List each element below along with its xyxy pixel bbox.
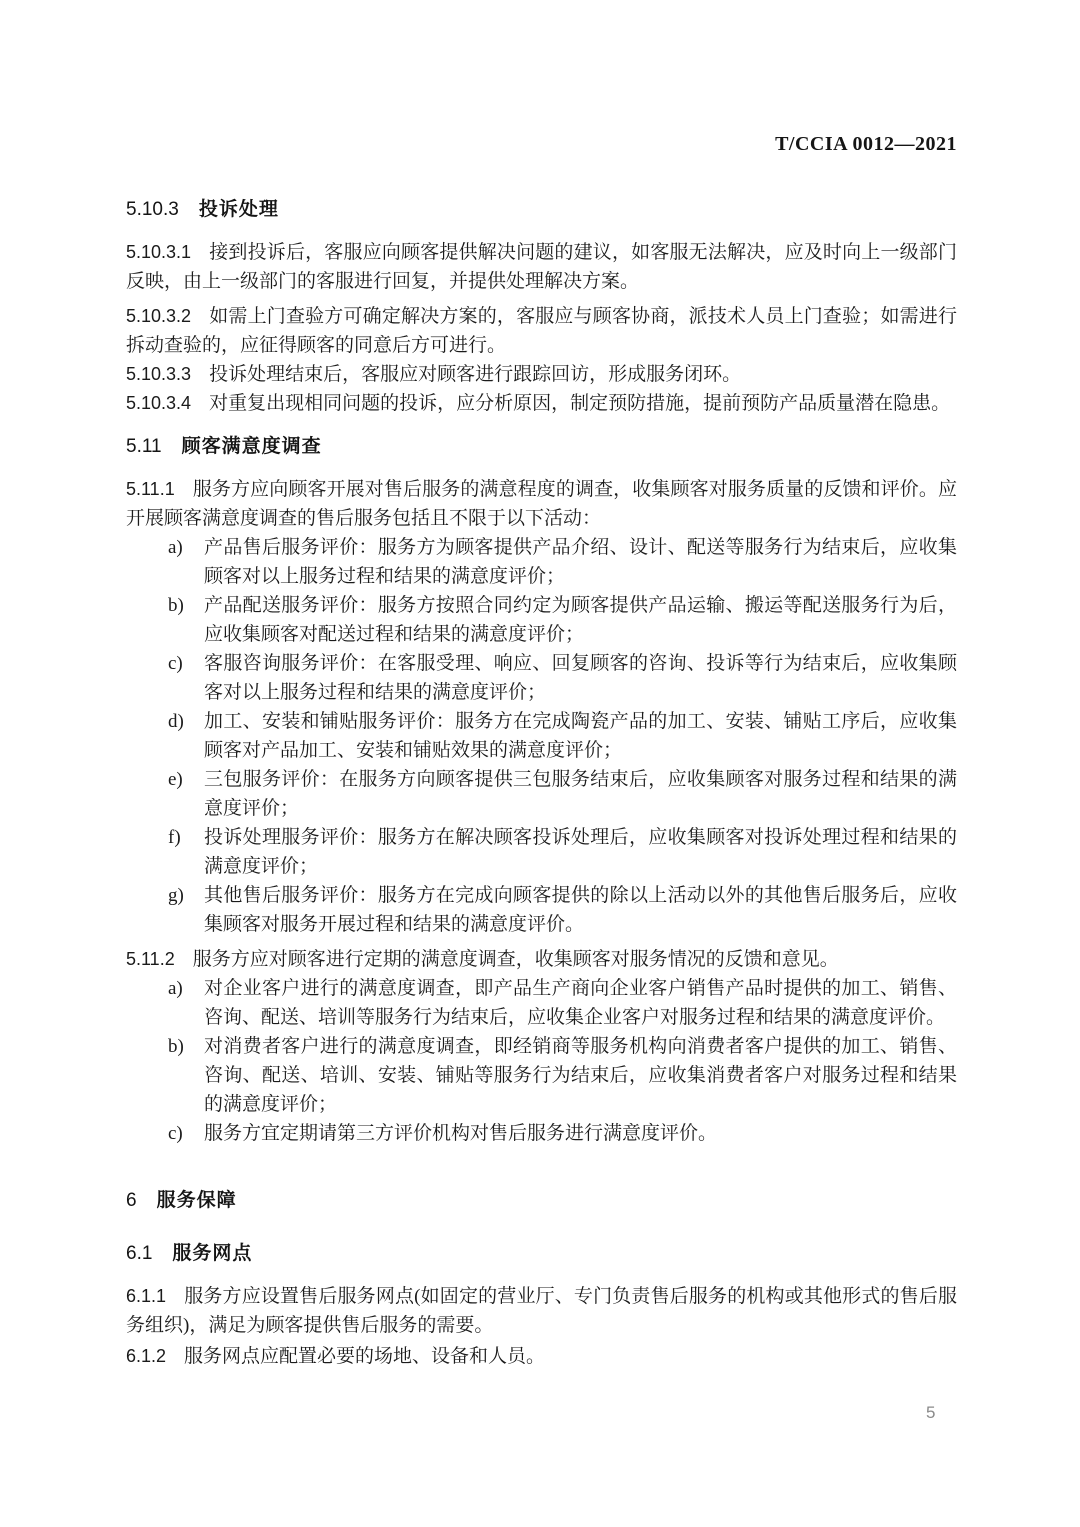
list-item-label: b)	[168, 591, 184, 620]
ordered-list-5-11-2: a)对企业客户进行的满意度调查，即产品生产商向企业客户销售产品时提供的加工、销售…	[126, 974, 957, 1148]
list-item-text: 对消费者客户进行的满意度调查，即经销商等服务机构向消费者客户提供的加工、销售、咨…	[204, 1036, 957, 1115]
list-item-a: a)对企业客户进行的满意度调查，即产品生产商向企业客户销售产品时提供的加工、销售…	[126, 974, 957, 1032]
list-item-label: e)	[168, 765, 183, 794]
list-item-g: g)其他售后服务评价：服务方在完成向顾客提供的除以上活动以外的其他售后服务后，应…	[126, 881, 957, 939]
list-item-f: f)投诉处理服务评价：服务方在解决顾客投诉处理后，应收集顾客对投诉处理过程和结果…	[126, 823, 957, 881]
list-item-label: c)	[168, 649, 183, 678]
clause-paragraph-5-10-3-2: 5.10.3.2如需上门查验方可确定解决方案的，客服应与顾客协商，派技术人员上门…	[126, 302, 957, 360]
list-item-label: b)	[168, 1032, 184, 1061]
list-item-e: e)三包服务评价：在服务方向顾客提供三包服务结束后，应收集顾客对服务过程和结果的…	[126, 765, 957, 823]
section-heading-5-11: 5.11顾客满意度调查	[126, 432, 957, 461]
list-item-text: 其他售后服务评价：服务方在完成向顾客提供的除以上活动以外的其他售后服务后，应收集…	[204, 885, 957, 935]
section-heading-6-1: 6.1服务网点	[126, 1239, 957, 1268]
clause-number: 5.10.3.1	[126, 242, 191, 262]
clause-text: 服务方应设置售后服务网点(如固定的营业厅、专门负责售后服务的机构或其他形式的售后…	[126, 1286, 957, 1336]
document-page: T/CCIA 0012—2021 5.10.3投诉处理 5.10.3.1接到投诉…	[0, 0, 1080, 1527]
clause-text: 对重复出现相同问题的投诉，应分析原因，制定预防措施，提前预防产品质量潜在隐患。	[209, 393, 950, 414]
clause-paragraph-6-1-2: 6.1.2服务网点应配置必要的场地、设备和人员。	[126, 1342, 957, 1371]
clause-number: 5.10.3.3	[126, 364, 191, 384]
heading-number: 5.10.3	[126, 199, 179, 220]
list-item-label: d)	[168, 707, 184, 736]
clause-text: 服务方应对顾客进行定期的满意度调查，收集顾客对服务情况的反馈和意见。	[193, 949, 839, 970]
list-item-text: 产品售后服务评价：服务方为顾客提供产品介绍、设计、配送等服务行为结束后，应收集顾…	[204, 537, 957, 587]
clause-text: 服务方应向顾客开展对售后服务的满意程度的调查，收集顾客对服务质量的反馈和评价。应…	[126, 479, 957, 529]
heading-title: 服务保障	[157, 1190, 237, 1211]
clause-paragraph-5-10-3-3: 5.10.3.3投诉处理结束后，客服应对顾客进行跟踪回访，形成服务闭环。	[126, 360, 957, 389]
heading-number: 6	[126, 1190, 137, 1211]
list-item-d: d)加工、安装和铺贴服务评价：服务方在完成陶瓷产品的加工、安装、铺贴工序后，应收…	[126, 707, 957, 765]
section-heading-5-10-3: 5.10.3投诉处理	[126, 195, 957, 224]
list-item-label: a)	[168, 974, 183, 1003]
list-item-text: 加工、安装和铺贴服务评价：服务方在完成陶瓷产品的加工、安装、铺贴工序后，应收集顾…	[204, 711, 957, 761]
clause-number: 5.11.2	[126, 949, 175, 969]
list-item-text: 对企业客户进行的满意度调查，即产品生产商向企业客户销售产品时提供的加工、销售、咨…	[204, 978, 957, 1028]
clause-number: 5.10.3.2	[126, 306, 191, 326]
heading-title: 服务网点	[172, 1243, 252, 1264]
list-item-text: 客服咨询服务评价：在客服受理、响应、回复顾客的咨询、投诉等行为结束后，应收集顾客…	[204, 653, 957, 703]
clause-number: 5.11.1	[126, 479, 175, 499]
list-item-c: c)服务方宜定期请第三方评价机构对售后服务进行满意度评价。	[126, 1119, 957, 1148]
heading-title: 投诉处理	[199, 199, 279, 220]
list-item-b: b)产品配送服务评价：服务方按照合同约定为顾客提供产品运输、搬运等配送服务行为后…	[126, 591, 957, 649]
list-item-c: c)客服咨询服务评价：在客服受理、响应、回复顾客的咨询、投诉等行为结束后，应收集…	[126, 649, 957, 707]
clause-paragraph-6-1-1: 6.1.1服务方应设置售后服务网点(如固定的营业厅、专门负责售后服务的机构或其他…	[126, 1282, 957, 1340]
clause-number: 5.10.3.4	[126, 393, 191, 413]
ordered-list-5-11-1: a)产品售后服务评价：服务方为顾客提供产品介绍、设计、配送等服务行为结束后，应收…	[126, 533, 957, 939]
list-item-text: 服务方宜定期请第三方评价机构对售后服务进行满意度评价。	[204, 1123, 717, 1144]
clause-text: 服务网点应配置必要的场地、设备和人员。	[184, 1346, 545, 1367]
list-item-label: c)	[168, 1119, 183, 1148]
clause-text: 如需上门查验方可确定解决方案的，客服应与顾客协商，派技术人员上门查验；如需进行拆…	[126, 306, 957, 356]
clause-paragraph-5-10-3-1: 5.10.3.1接到投诉后，客服应向顾客提供解决问题的建议，如客服无法解决，应及…	[126, 238, 957, 296]
standard-code-header: T/CCIA 0012—2021	[126, 133, 957, 155]
list-item-text: 投诉处理服务评价：服务方在解决顾客投诉处理后，应收集顾客对投诉处理过程和结果的满…	[204, 827, 957, 877]
heading-number: 5.11	[126, 436, 162, 457]
clause-number: 6.1.1	[126, 1286, 166, 1306]
clause-text: 接到投诉后，客服应向顾客提供解决问题的建议，如客服无法解决，应及时向上一级部门反…	[126, 242, 957, 292]
page-number: 5	[926, 1403, 935, 1423]
list-item-text: 三包服务评价：在服务方向顾客提供三包服务结束后，应收集顾客对服务过程和结果的满意…	[204, 769, 957, 819]
clause-number: 6.1.2	[126, 1346, 166, 1366]
clause-text: 投诉处理结束后，客服应对顾客进行跟踪回访，形成服务闭环。	[209, 364, 741, 385]
section-heading-6: 6服务保障	[126, 1186, 957, 1215]
list-item-label: f)	[168, 823, 181, 852]
standard-code: T/CCIA 0012—2021	[775, 133, 957, 155]
heading-title: 顾客满意度调查	[182, 436, 322, 457]
list-item-label: a)	[168, 533, 183, 562]
list-item-b: b)对消费者客户进行的满意度调查，即经销商等服务机构向消费者客户提供的加工、销售…	[126, 1032, 957, 1119]
heading-number: 6.1	[126, 1243, 152, 1264]
clause-paragraph-5-11-2: 5.11.2服务方应对顾客进行定期的满意度调查，收集顾客对服务情况的反馈和意见。	[126, 945, 957, 974]
clause-paragraph-5-11-1: 5.11.1服务方应向顾客开展对售后服务的满意程度的调查，收集顾客对服务质量的反…	[126, 475, 957, 533]
list-item-text: 产品配送服务评价：服务方按照合同约定为顾客提供产品运输、搬运等配送服务行为后，应…	[204, 595, 957, 645]
clause-paragraph-5-10-3-4: 5.10.3.4对重复出现相同问题的投诉，应分析原因，制定预防措施，提前预防产品…	[126, 389, 957, 418]
list-item-label: g)	[168, 881, 184, 910]
list-item-a: a)产品售后服务评价：服务方为顾客提供产品介绍、设计、配送等服务行为结束后，应收…	[126, 533, 957, 591]
